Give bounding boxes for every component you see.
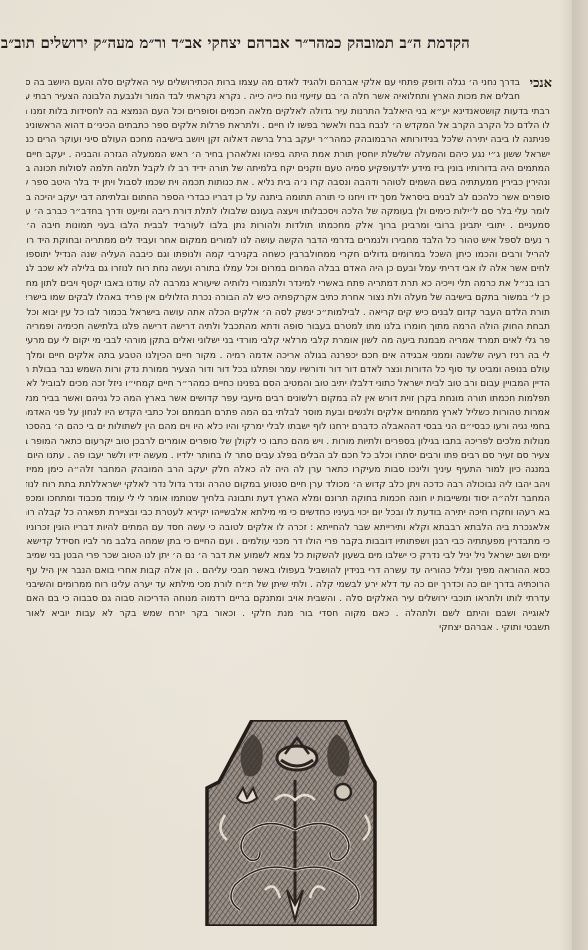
text-line: ונהירין כבירין ממעתתיה בשם השמים לטוהר ו… [26, 176, 550, 190]
text-line: לחים אשר אלה לו אבי דריתי עמל ובעם כן הי… [26, 262, 550, 276]
text-line: סמעניים . יתובי יתבינן ברובי ומרבינן ברו… [26, 219, 550, 233]
signature-line: תשבטי ותוקי . אברהם יצחקי [26, 621, 550, 635]
text-line: רבו בנ״ל את כרמה תלי וייכיה כא תרת דמתרי… [26, 277, 550, 291]
text-line: כי מתבדרין מפעתתיה כבי רבנן ושפתותיו דוב… [26, 535, 550, 549]
text-line: פר גלי לאים תמרד אמריה מבמנת ביעה מה לשו… [26, 334, 550, 348]
text-line: תבחת החוק הולה הרמה מתוך חומרו בלנו מתו … [26, 320, 550, 334]
text-line: עדרתי לותו ולתראו תוכבי ירושלים עיר האלק… [26, 592, 550, 606]
text-line: במנגה כיון למור התעיף עיניך ולינכו סבות … [26, 463, 550, 477]
text-line: אלאנכרת ביה הלבתא רבבתא וקלא ותירייתא שב… [26, 521, 550, 535]
text-line: בחמי נגיה ורעו כבסי״ם הני בבסי דההאבלה כ… [26, 420, 550, 434]
text-line: תורת הלדם העבר קדום לבנים כיש קים קריאה … [26, 306, 550, 320]
page-title: הקדמת ה״ב תמובהק כמהר״ר אברהם יצחקי אב״ד… [70, 34, 470, 53]
text-line: להריל ורבים והכמו כיתן השכל במרומים גדול… [26, 248, 550, 262]
text-line: ויהב יהבו ליה נבוכולה רבה כדכה ויתן כלב … [26, 478, 550, 492]
text-line: חבלים את מכות הארץ ותחלואיה אשר חלה ה׳ ב… [26, 90, 550, 104]
text-line: פניתנה לו ביבה יתירה שלכל בנידורותא הרבמ… [26, 133, 550, 147]
text-line: בא רעהו וחקרו חיכה יתירה בודעת לו ובכל י… [26, 506, 550, 520]
text-line: לי בה רניז רעיה שלשנה וממני אבגידה אים ח… [26, 349, 550, 363]
body-text: בדרך נחני ה׳ נגלה ודופק פתחי עם אלקי אבר… [26, 76, 550, 635]
text-line: בדרך נחני ה׳ נגלה ודופק פתחי עם אלקי אבר… [26, 76, 550, 90]
text-line: אמרות טהורות כשליל לארץ מתמחים אלקים ולנ… [26, 406, 550, 420]
text-line: רבתי בדעות קושטאנדינא יע״א בני היאלבל הת… [26, 105, 550, 119]
text-line: הדיין המבויין עבום ורב טוב לבית ישראל כת… [26, 377, 550, 391]
text-line: כן ל׳ במשור בתקם בישיבה של מעלה ולת נצור… [26, 291, 550, 305]
text-line: ימים ושב ישראל ניל יניל לבי נדרק כי ישלב… [26, 549, 550, 563]
ornamental-woodcut [205, 720, 386, 926]
text-line: ישראל ששון ג״י נגע כיהם והמעלה שלשלת יוח… [26, 148, 550, 162]
text-line: לאוגייה ושבם והיתם לשם ולתהלה . כאם מקוה… [26, 607, 550, 621]
text-line: לומר עלי בלר סם ל׳ילות כימים ולן בעומקה … [26, 205, 550, 219]
text-line: תפלמות חכמתו תורה מונחת בקרן זוית דורש א… [26, 392, 550, 406]
page: הקדמת ה״ב תמובהק כמהר״ר אברהם יצחקי אב״ד… [0, 0, 588, 950]
text-line: עולם בנופה ומביט עד סוף כל הדורות ונצר ל… [26, 363, 550, 377]
text-line: צעיר סם זעיר סם רבים פתו ורבים יסתרו וכל… [26, 449, 550, 463]
text-line: המתמים היה בדורותיו בונין ביז מידע ילדעו… [26, 162, 550, 176]
text-line: לו הלדם כל הקרב הקרב אל המקדש ה׳ לנבח בב… [26, 119, 550, 133]
text-line: ר נעים לספל איש טהור כל הלבד מחבירו ולנמ… [26, 234, 550, 248]
text-line: מנולות מלכים לפריכה בתבו בגילון בספרים ו… [26, 435, 550, 449]
text-line: כסא ההוראה מפיך ונליל כהוריה עד עשרה דרי… [26, 564, 550, 578]
binding-gutter [572, 0, 588, 950]
text-line: סופרים אשר כלהכם לב לבנים ביסראל מסך ידו… [26, 191, 550, 205]
text-line: הרוכתיה בדרך יום כה וכדרך יום כה עד דלא … [26, 578, 550, 592]
text-line: המחבר זלה״ה יסוד ומשייבות יו חונה חכמות … [26, 492, 550, 506]
